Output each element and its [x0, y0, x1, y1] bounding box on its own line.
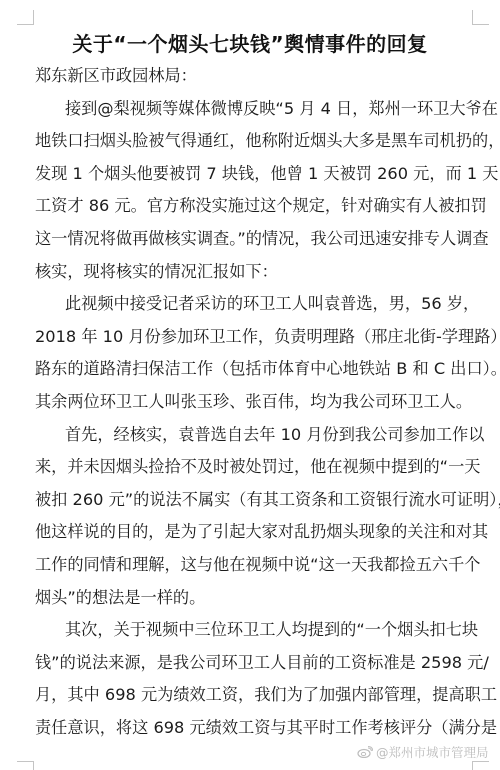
body-text-line: 接到@梨视频等媒体微博反映“5 月 4 日，郑州一环卫大爷在 — [35, 93, 475, 126]
weibo-icon — [357, 746, 373, 758]
body-text-line: 发现 1 个烟头他要被罚 7 块钱，他曾 1 天被罚 260 元，而 1 天 — [35, 158, 475, 191]
body-text-line: 首先，经核实，袁普选自去年 10 月份到我公司参加工作以 — [35, 419, 475, 452]
body-text-line: 工作的同情和理解，这与他在视频中说“这一天我都捡五六千个 — [35, 549, 475, 582]
document-title: 关于“一个烟头七块钱”舆情事件的回复 — [0, 28, 500, 57]
watermark: @郑州市城市管理局 — [357, 743, 489, 761]
body-text-line: 地铁口扫烟头脸被气得通红，他称附近烟头大多是黑车司机扔的， — [35, 125, 475, 158]
body-text-line: 责任意识，将这 698 元绩效工资与其平时工作考核评分（满分是 — [35, 712, 475, 745]
body-text-line: 路东的道路清扫保洁工作（包括市体育中心地铁站 B 和 C 出口）。 — [35, 353, 475, 386]
body-text-line: 烟头”的想法是一样的。 — [35, 582, 475, 615]
body-text-line: 钱”的说法来源，是我公司环卫工人目前的工资标准是 2598 元/ — [35, 647, 475, 680]
page-corner-mark-bottom-right — [472, 761, 489, 770]
body-text-line: 月，其中 698 元为绩效工资，我们为了加强内部管理，提高职工 — [35, 679, 475, 712]
body-text-line: 他这样说的目的，是为了引起大家对乱扔烟头现象的关注和对其 — [35, 516, 475, 549]
body-text-line: 其次，关于视频中三位环卫工人均提到的“一个烟头扣七块 — [35, 614, 475, 647]
document-body: 郑东新区市政园林局：接到@梨视频等媒体微博反映“5 月 4 日，郑州一环卫大爷在… — [35, 60, 475, 744]
page-corner-mark-top-left — [17, 10, 34, 25]
body-text-line: 来，并未因烟头捡拾不及时被处罚过，他在视频中提到的“一天 — [35, 451, 475, 484]
watermark-text: @郑州市城市管理局 — [376, 743, 489, 761]
body-text-line: 郑东新区市政园林局： — [35, 60, 475, 93]
page-corner-mark-bottom-left — [17, 761, 34, 770]
body-text-line: 2018 年 10 月份参加环卫工作，负责明理路（邢庄北街-学理路） — [35, 321, 475, 354]
body-text-line: 其余两位环卫工人叫张玉珍、张百伟，均为我公司环卫工人。 — [35, 386, 475, 419]
body-text-line: 这一情况将做再做核实调查。”的情况，我公司迅速安排专人调查 — [35, 223, 475, 256]
body-text-line: 被扣 260 元”的说法不属实（有其工资条和工资银行流水可证明）， — [35, 484, 475, 517]
page-corner-mark-top-right — [472, 10, 489, 25]
body-text-line: 此视频中接受记者采访的环卫工人叫袁普选，男，56 岁， — [35, 288, 475, 321]
body-text-line: 工资才 86 元。官方称没实施过这个规定，针对确实有人被扣罚 — [35, 190, 475, 223]
body-text-line: 核实，现将核实的情况汇报如下： — [35, 256, 475, 289]
